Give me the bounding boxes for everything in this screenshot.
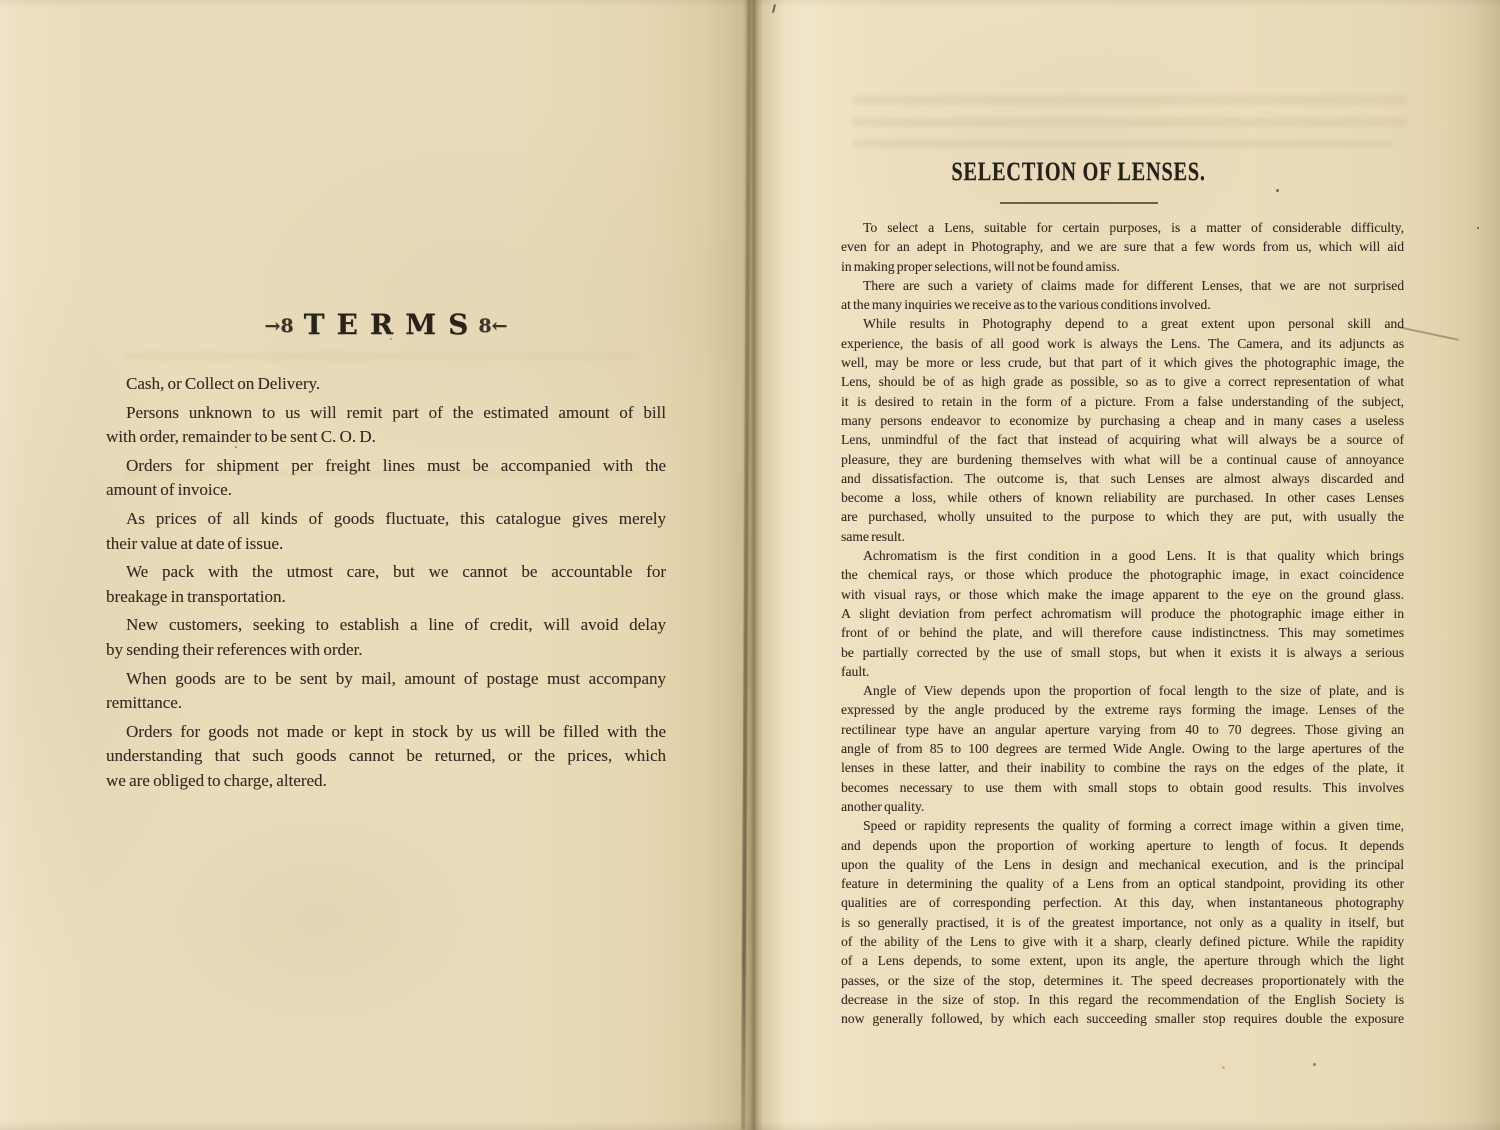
show-through-ghost-text <box>852 118 1408 127</box>
text-line: passes, or the size of the stop, determi… <box>841 971 1404 990</box>
terms-heading: →8 TERMS 8← <box>106 308 666 341</box>
text-line: and depends upon the proportion of worki… <box>841 836 1404 855</box>
text-line: Lens, should be of as high grade as poss… <box>841 372 1404 391</box>
heading-rule <box>1000 202 1158 204</box>
lenses-page: SELECTION OF LENSES. To select a Lens, s… <box>841 157 1404 1028</box>
text-line: angle of from 85 to 100 degrees are term… <box>841 739 1404 758</box>
paragraph: Orders for goods not made or kept in sto… <box>106 720 666 794</box>
text-line: we are obliged to charge, altered. <box>106 769 666 794</box>
left-arrow-ornament-icon: →8 <box>265 315 294 337</box>
paragraph: New customers, seeking to establish a li… <box>106 613 666 662</box>
text-line: with visual rays, or those which make th… <box>841 585 1404 604</box>
paragraph: Orders for shipment per freight lines mu… <box>106 454 666 503</box>
text-line: Orders for goods not made or kept in sto… <box>106 720 666 745</box>
paragraph: When goods are to be sent by mail, amoun… <box>106 667 666 716</box>
terms-page: →8 TERMS 8← Cash, or Collect on Delivery… <box>106 308 666 794</box>
text-line: breakage in transportation. <box>106 585 666 610</box>
ink-tick-mark <box>772 4 776 13</box>
text-line: Angle of View depends upon the proportio… <box>841 681 1404 700</box>
text-line: Achromatism is the first condition in a … <box>841 546 1404 565</box>
text-line: qualities are of corresponding perfectio… <box>841 893 1404 912</box>
text-line: As prices of all kinds of goods fluctuat… <box>106 507 666 532</box>
text-line: To select a Lens, suitable for certain p… <box>841 218 1404 237</box>
dust-speck <box>1313 1063 1316 1066</box>
text-line: become a loss, while others of known rel… <box>841 488 1404 507</box>
text-line: their value at date of issue. <box>106 532 666 557</box>
show-through-ghost-text <box>852 96 1408 105</box>
text-line: front of or behind the plate, and will t… <box>841 623 1404 642</box>
text-line: now generally followed, by which each su… <box>841 1009 1404 1028</box>
paragraph: Speed or rapidity represents the quality… <box>841 816 1404 1028</box>
text-line: Persons unknown to us will remit part of… <box>106 401 666 426</box>
text-line: and dissatisfaction. The outcome is, tha… <box>841 469 1404 488</box>
text-line: by sending their references with order. <box>106 638 666 663</box>
text-line: the chemical rays, or those which produc… <box>841 565 1404 584</box>
terms-heading-text: TERMS <box>304 308 481 341</box>
paragraph: Angle of View depends upon the proportio… <box>841 681 1404 816</box>
paragraph: Achromatism is the first condition in a … <box>841 546 1404 681</box>
text-line: it is desired to retain in the form of a… <box>841 392 1404 411</box>
text-line: rectilinear type have an angular apertur… <box>841 720 1404 739</box>
paragraph: Cash, or Collect on Delivery. <box>106 372 666 397</box>
book-scan: →8 TERMS 8← Cash, or Collect on Delivery… <box>0 0 1500 1130</box>
right-arrow-ornament-icon: 8← <box>478 315 507 337</box>
text-line: another quality. <box>841 797 1404 816</box>
lenses-heading: SELECTION OF LENSES. <box>859 157 1298 187</box>
text-line: understanding that such goods cannot be … <box>106 744 666 769</box>
text-line: While results in Photography depend to a… <box>841 314 1404 333</box>
text-line: remittance. <box>106 691 666 716</box>
text-line: Lens, unmindful of the fact that instead… <box>841 430 1404 449</box>
text-line: New customers, seeking to establish a li… <box>106 613 666 638</box>
text-line: feature in determining the quality of a … <box>841 874 1404 893</box>
dust-speck <box>1477 227 1479 229</box>
text-line: When goods are to be sent by mail, amoun… <box>106 667 666 692</box>
paragraph: We pack with the utmost care, but we can… <box>106 560 666 609</box>
paragraph: Persons unknown to us will remit part of… <box>106 401 666 450</box>
text-line: Cash, or Collect on Delivery. <box>106 372 666 397</box>
paragraph: To select a Lens, suitable for certain p… <box>841 218 1404 276</box>
paragraph: As prices of all kinds of goods fluctuat… <box>106 507 666 556</box>
paragraph: While results in Photography depend to a… <box>841 314 1404 546</box>
text-line: with order, remainder to be sent C. O. D… <box>106 425 666 450</box>
text-line: of the ability of the Lens to give with … <box>841 932 1404 951</box>
text-line: are purchased, wholly unsuited to the pu… <box>841 507 1404 526</box>
text-line: expressed by the angle produced by the e… <box>841 700 1404 719</box>
text-line: many persons endeavor to economize by pu… <box>841 411 1404 430</box>
paragraph: There are such a variety of claims made … <box>841 276 1404 315</box>
text-line: experience, the basis of all good work i… <box>841 334 1404 353</box>
text-line: pleasure, they are burdening themselves … <box>841 450 1404 469</box>
text-line: well, may be more or less crude, but tha… <box>841 353 1404 372</box>
text-line: amount of invoice. <box>106 478 666 503</box>
text-line: Orders for shipment per freight lines mu… <box>106 454 666 479</box>
text-line: fault. <box>841 662 1404 681</box>
show-through-ghost-text <box>852 139 1392 148</box>
terms-paragraphs: Cash, or Collect on Delivery.Persons unk… <box>106 372 666 794</box>
lenses-paragraphs: To select a Lens, suitable for certain p… <box>841 218 1404 1028</box>
text-line: A slight deviation from perfect achromat… <box>841 604 1404 623</box>
text-line: Speed or rapidity represents the quality… <box>841 816 1404 835</box>
text-line: upon the quality of the Lens in design a… <box>841 855 1404 874</box>
text-line: in making proper selections, will not be… <box>841 257 1404 276</box>
text-line: same result. <box>841 527 1404 546</box>
gutter-crease <box>741 0 751 1130</box>
text-line: be partially corrected by the use of sma… <box>841 643 1404 662</box>
text-line: There are such a variety of claims made … <box>841 276 1404 295</box>
text-line: at the many inquiries we receive as to t… <box>841 295 1404 314</box>
text-line: lenses in these latter, and their inabil… <box>841 758 1404 777</box>
text-line: of a Lens depends, to some extent, upon … <box>841 951 1404 970</box>
scratch-mark <box>1398 326 1459 340</box>
text-line: is so generally practised, it is of the … <box>841 913 1404 932</box>
text-line: even for an adept in Photography, and we… <box>841 237 1404 256</box>
text-line: decrease in the size of stop. In this re… <box>841 990 1404 1009</box>
dust-speck <box>1222 1066 1225 1069</box>
text-line: becomes necessary to use them with small… <box>841 778 1404 797</box>
text-line: We pack with the utmost care, but we can… <box>106 560 666 585</box>
